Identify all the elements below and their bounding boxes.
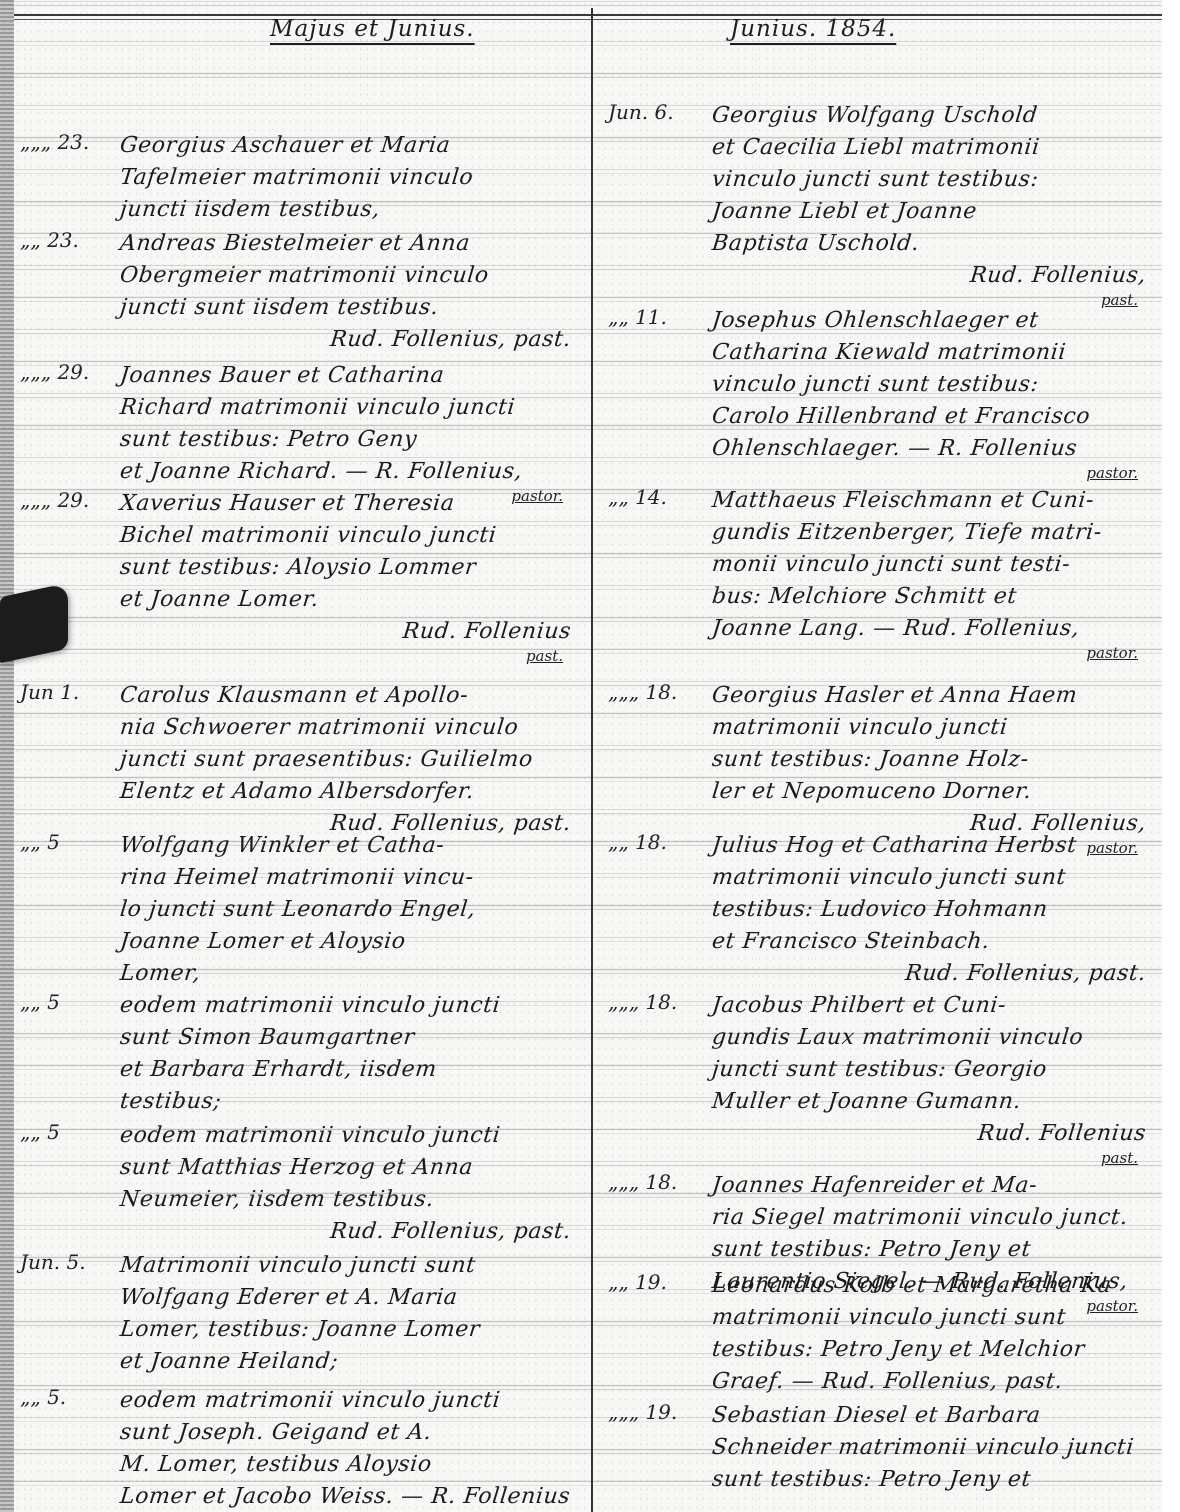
- entry-line: Joanne Lang. — Rud. Follenius,: [710, 613, 1161, 645]
- entry-date: „„„ 19.: [608, 1400, 708, 1424]
- entry-line: gundis Laux matrimonii vinculo: [710, 1022, 1161, 1054]
- entry-line: vinculo juncti sunt testibus:: [710, 369, 1161, 401]
- entry-line: et Joanne Lomer.: [118, 584, 586, 616]
- entry-line: et Barbara Erhardt, iisdem: [118, 1054, 586, 1086]
- entry-date: „„ 5: [20, 1120, 108, 1144]
- entry-line: Joannes Hafenreider et Ma-: [710, 1170, 1161, 1202]
- entry-line: matrimonii vinculo juncti: [710, 712, 1161, 744]
- entry-line: bus: Melchiore Schmitt et: [710, 581, 1161, 613]
- entry-text: Jacobus Philbert et Cuni-gundis Laux mat…: [712, 990, 1160, 1168]
- entry-line: Obergmeier matrimonii vinculo: [118, 260, 586, 292]
- left-heading: Majus et Junius.: [270, 16, 475, 42]
- entry-text: Leonardus Kolb et Margaretha Kamatrimoni…: [712, 1270, 1160, 1398]
- entry-text: Wolfgang Winkler et Catha-rina Heimel ma…: [120, 830, 585, 990]
- entry-line: testibus: Ludovico Hohmann: [710, 894, 1161, 926]
- pastor-signature: Rud. Follenius,: [710, 260, 1161, 292]
- pastor-title: past.: [120, 648, 585, 666]
- entry-date: „„„ 23.: [20, 130, 108, 154]
- entry-line: Joanne Liebl et Joanne: [710, 196, 1161, 228]
- entry-text: Georgius Aschauer et MariaTafelmeier mat…: [120, 130, 585, 226]
- entry-line: Schneider matrimonii vinculo juncti: [710, 1432, 1161, 1464]
- entry-date: „„„ 18.: [608, 680, 708, 704]
- binding-strip: [0, 0, 14, 1512]
- entry-date: „„ 19.: [608, 1270, 708, 1294]
- entry-line: Sebastian Diesel et Barbara: [710, 1400, 1161, 1432]
- column-divider: [591, 8, 593, 1512]
- entry-line: et Joanne Richard. — R. Follenius,: [118, 456, 586, 488]
- entry-line: Georgius Wolfgang Uschold: [710, 100, 1161, 132]
- pastor-signature: Rud. Follenius: [710, 1118, 1161, 1150]
- entry-line: eodem matrimonii vinculo juncti: [118, 1385, 586, 1417]
- pastor-title: pastor.: [712, 465, 1160, 483]
- entry-text: Sebastian Diesel et BarbaraSchneider mat…: [712, 1400, 1160, 1496]
- entry-line: sunt Joseph. Geigand et A.: [118, 1417, 586, 1449]
- entry-date: „„ 23.: [20, 228, 108, 252]
- entry-line: Jacobus Philbert et Cuni-: [710, 990, 1161, 1022]
- pastor-signature: Rud. Follenius: [118, 616, 586, 648]
- entry-date: „„ 5: [20, 830, 108, 854]
- entry-date: Jun. 5.: [20, 1250, 108, 1274]
- entry-date: „„„ 29.: [20, 360, 108, 384]
- entry-line: eodem matrimonii vinculo juncti: [118, 990, 586, 1022]
- entry-line: Catharina Kiewald matrimonii: [710, 337, 1161, 369]
- entry-line: Carolo Hillenbrand et Francisco: [710, 401, 1161, 433]
- entry-line: et Joanne Heiland;: [118, 1346, 586, 1378]
- pastor-signature: Rud. Follenius, past.: [118, 1216, 586, 1248]
- entry-text: Joannes Bauer et CatharinaRichard matrim…: [120, 360, 585, 506]
- entry-date: „„„ 29.: [20, 488, 108, 512]
- entry-line: sunt Simon Baumgartner: [118, 1022, 586, 1054]
- entry-line: Matthaeus Fleischmann et Cuni-: [710, 485, 1161, 517]
- entry-line: Joannes Bauer et Catharina: [118, 360, 586, 392]
- entry-line: Georgius Aschauer et Maria: [118, 130, 586, 162]
- entry-line: rina Heimel matrimonii vincu-: [118, 862, 586, 894]
- entry-line: M. Lomer, testibus Aloysio: [118, 1449, 586, 1481]
- entry-line: sunt testibus: Joanne Holz-: [710, 744, 1161, 776]
- register-page: Majus et Junius. „„„ 23.Georgius Aschaue…: [0, 0, 1162, 1512]
- entry-line: ler et Nepomuceno Dorner.: [710, 776, 1161, 808]
- entry-line: juncti sunt praesentibus: Guilielmo: [118, 744, 586, 776]
- entry-line: Joanne Lomer et Aloysio: [118, 926, 586, 958]
- pastor-title: past.: [712, 1150, 1160, 1168]
- entry-line: sunt testibus: Aloysio Lommer: [118, 552, 586, 584]
- entry-line: Graef. — Rud. Follenius, past.: [710, 1366, 1161, 1398]
- entry-line: Neumeier, iisdem testibus.: [118, 1184, 586, 1216]
- entry-line: Matrimonii vinculo juncti sunt: [118, 1250, 586, 1282]
- ink-blot: [0, 583, 68, 663]
- entry-line: ria Siegel matrimonii vinculo junct.: [710, 1202, 1161, 1234]
- entry-date: „„ 18.: [608, 830, 708, 854]
- entry-line: Lomer, testibus: Joanne Lomer: [118, 1314, 586, 1346]
- entry-line: nia Schwoerer matrimonii vinculo: [118, 712, 586, 744]
- entry-line: Wolfgang Winkler et Catha-: [118, 830, 586, 862]
- entry-line: Lomer et Jacobo Weiss. — R. Follenius: [118, 1481, 586, 1512]
- entry-text: Julius Hog et Catharina Herbstmatrimonii…: [712, 830, 1160, 990]
- entry-line: Wolfgang Ederer et A. Maria: [118, 1282, 586, 1314]
- entry-line: Baptista Uschold.: [710, 228, 1161, 260]
- entry-line: sunt testibus: Petro Jeny et: [710, 1464, 1161, 1496]
- entry-line: testibus: Petro Jeny et Melchior: [710, 1334, 1161, 1366]
- entry-line: Muller et Joanne Gumann.: [710, 1086, 1161, 1118]
- entry-text: eodem matrimonii vinculo junctisunt Matt…: [120, 1120, 585, 1248]
- entry-line: gundis Eitzenberger, Tiefe matri-: [710, 517, 1161, 549]
- entry-line: Julius Hog et Catharina Herbst: [710, 830, 1161, 862]
- entry-line: monii vinculo juncti sunt testi-: [710, 549, 1161, 581]
- entry-line: Xaverius Hauser et Theresia: [118, 488, 586, 520]
- entry-date: Jun. 6.: [608, 100, 708, 124]
- entry-line: et Francisco Steinbach.: [710, 926, 1161, 958]
- entry-line: testibus;: [118, 1086, 586, 1118]
- entry-line: Georgius Hasler et Anna Haem: [710, 680, 1161, 712]
- entry-line: Richard matrimonii vinculo juncti: [118, 392, 586, 424]
- entry-date: „„ 5.: [20, 1385, 108, 1409]
- entry-line: Andreas Biestelmeier et Anna: [118, 228, 586, 260]
- entry-line: matrimonii vinculo juncti sunt: [710, 862, 1161, 894]
- entry-line: Tafelmeier matrimonii vinculo: [118, 162, 586, 194]
- entry-line: sunt Matthias Herzog et Anna: [118, 1152, 586, 1184]
- pastor-title: pastor.: [712, 645, 1160, 663]
- entry-date: „„ 14.: [608, 485, 708, 509]
- entry-line: sunt testibus: Petro Geny: [118, 424, 586, 456]
- entry-text: Josephus Ohlenschlaeger etCatharina Kiew…: [712, 305, 1160, 483]
- entry-text: Matrimonii vinculo juncti suntWolfgang E…: [120, 1250, 585, 1378]
- entry-text: Carolus Klausmann et Apollo-nia Schwoere…: [120, 680, 585, 840]
- entry-line: juncti iisdem testibus,: [118, 194, 586, 226]
- entry-text: Xaverius Hauser et TheresiaBichel matrim…: [120, 488, 585, 666]
- entry-text: eodem matrimonii vinculo junctisunt Jose…: [120, 1385, 585, 1512]
- entry-line: Bichel matrimonii vinculo juncti: [118, 520, 586, 552]
- entry-line: Elentz et Adamo Albersdorfer.: [118, 776, 586, 808]
- entry-line: lo juncti sunt Leonardo Engel,: [118, 894, 586, 926]
- entry-text: Andreas Biestelmeier et AnnaObergmeier m…: [120, 228, 585, 356]
- entry-date: „„„ 18.: [608, 990, 708, 1014]
- entry-line: Ohlenschlaeger. — R. Follenius: [710, 433, 1161, 465]
- entry-line: matrimonii vinculo juncti sunt: [710, 1302, 1161, 1334]
- entry-line: et Caecilia Liebl matrimonii: [710, 132, 1161, 164]
- entry-text: eodem matrimonii vinculo junctisunt Simo…: [120, 990, 585, 1118]
- entry-date: Jun 1.: [20, 680, 108, 704]
- pastor-signature: Rud. Follenius, past.: [710, 958, 1161, 990]
- entry-line: sunt testibus: Petro Jeny et: [710, 1234, 1161, 1266]
- entry-text: Georgius Wolfgang Uscholdet Caecilia Lie…: [712, 100, 1160, 310]
- entry-line: eodem matrimonii vinculo juncti: [118, 1120, 586, 1152]
- pastor-signature: Rud. Follenius, past.: [118, 324, 586, 356]
- entry-line: Leonardus Kolb et Margaretha Ka: [710, 1270, 1161, 1302]
- entry-text: Matthaeus Fleischmann et Cuni-gundis Eit…: [712, 485, 1160, 663]
- right-heading: Junius. 1854.: [730, 16, 896, 42]
- entry-line: vinculo juncti sunt testibus:: [710, 164, 1161, 196]
- entry-line: Josephus Ohlenschlaeger et: [710, 305, 1161, 337]
- entry-date: „„„ 18.: [608, 1170, 708, 1194]
- entry-line: Carolus Klausmann et Apollo-: [118, 680, 586, 712]
- entry-date: „„ 5: [20, 990, 108, 1014]
- top-rule: [14, 14, 1162, 20]
- entry-line: juncti sunt testibus: Georgio: [710, 1054, 1161, 1086]
- entry-line: juncti sunt iisdem testibus.: [118, 292, 586, 324]
- entry-date: „„ 11.: [608, 305, 708, 329]
- entry-line: Lomer,: [118, 958, 586, 990]
